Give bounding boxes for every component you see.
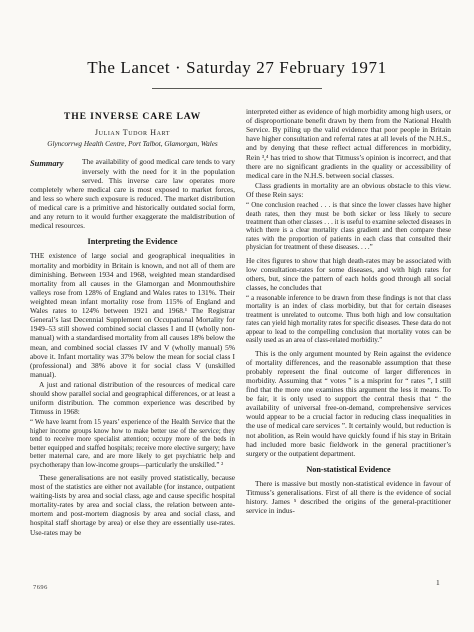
article-author: Julian Tudor Hart — [30, 128, 235, 138]
block-quote-titmuss: “ We have learnt from 15 years’ experien… — [30, 419, 235, 470]
left-column: THE INVERSE CARE LAW Julian Tudor Hart G… — [30, 107, 235, 538]
paragraph: These generalisations are not easily pro… — [30, 473, 235, 537]
paragraph: THE existence of large social and geogra… — [30, 251, 235, 379]
paragraph: There is massive but mostly non-statisti… — [246, 479, 451, 515]
section-heading-interpreting: Interpreting the Evidence — [30, 237, 235, 247]
paragraph: Class gradients in mortality are an obvi… — [246, 181, 451, 199]
printers-signature-mark: 7696 — [33, 584, 48, 591]
section-heading-nonstatistical: Non-statistical Evidence — [246, 465, 451, 475]
page-number: 1 — [436, 578, 440, 587]
paragraph: This is the only argument mounted by Rei… — [246, 349, 451, 458]
journal-masthead: The Lancet · Saturday 27 February 1971 — [0, 0, 474, 78]
journal-page: The Lancet · Saturday 27 February 1971 T… — [0, 0, 474, 632]
article-title: THE INVERSE CARE LAW — [30, 111, 235, 123]
right-column: interpreted either as evidence of high m… — [246, 107, 451, 538]
summary-label: Summary — [30, 157, 82, 177]
block-quote-rein-2: “ a reasonable inference to be drawn fro… — [246, 295, 451, 346]
summary-block: SummaryThe availability of good medical … — [30, 157, 235, 230]
paragraph: A just and rational distribution of the … — [30, 380, 235, 416]
article-affiliation: Glyncorrwg Health Centre, Port Talbot, G… — [30, 140, 235, 149]
two-column-layout: THE INVERSE CARE LAW Julian Tudor Hart G… — [0, 89, 474, 538]
paragraph: He cites figures to show that high death… — [246, 256, 451, 292]
paragraph: interpreted either as evidence of high m… — [246, 107, 451, 180]
block-quote-rein-1: “ One conclusion reached . . . is that s… — [246, 202, 451, 253]
